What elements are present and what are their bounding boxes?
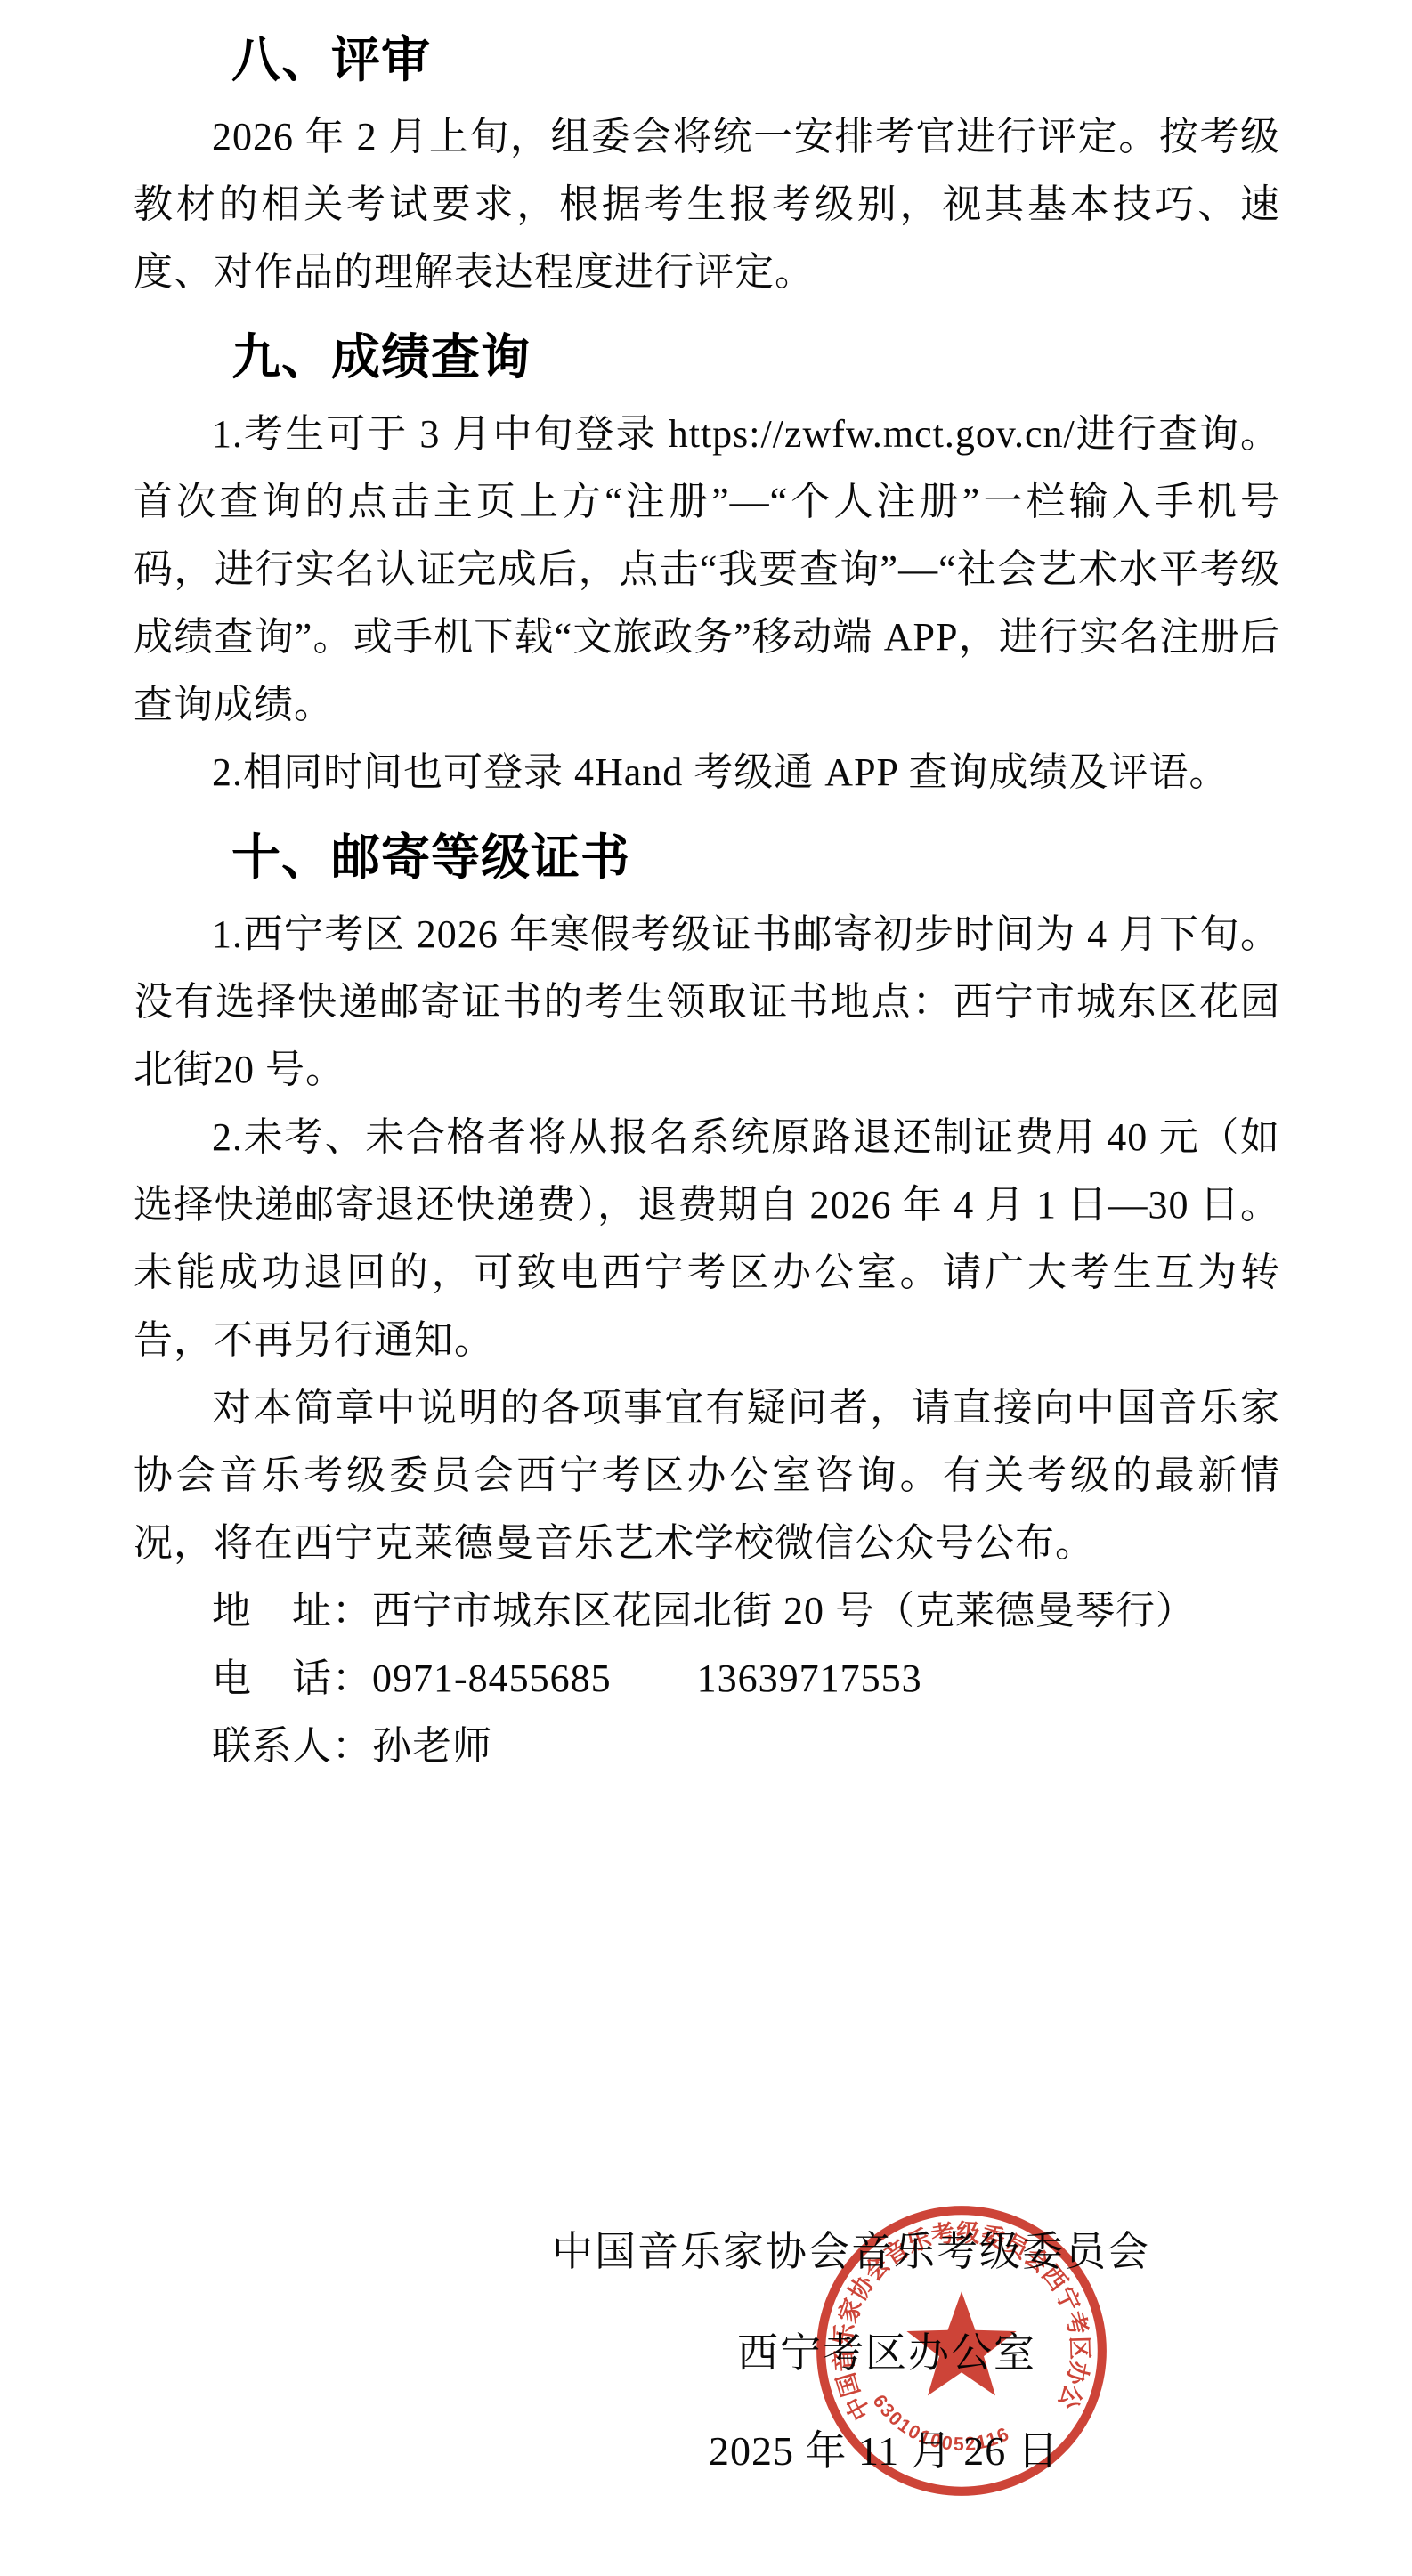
seal-serial-number: 6301010052116	[868, 2391, 1013, 2455]
address-line: 地 址：西宁市城东区花园北街 20 号（克莱德曼琴行）	[134, 1577, 1280, 1645]
seal-ring-label: 中国音乐家协会音乐考级委员会西宁考区办公室	[808, 2198, 1094, 2425]
star-icon	[906, 2291, 1016, 2395]
section-heading-review: 八、评审	[134, 28, 1280, 91]
address-value: 西宁市城东区花园北街 20 号（克莱德曼琴行）	[372, 1589, 1196, 1632]
paragraph-certificate-1: 1.西宁考区 2026 年寒假考级证书邮寄初步时间为 4 月下旬。没有选择快递邮…	[134, 901, 1280, 1104]
paragraph-certificate-2: 2.未考、未合格者将从报名系统原路退还制证费用 40 元（如选择快递邮寄退还快递…	[134, 1104, 1280, 1374]
address-label: 地 址：	[212, 1589, 372, 1632]
phone-label: 电 话：	[212, 1657, 372, 1700]
paragraph-score-inquiry-2: 2.相同时间也可登录 4Hand 考级通 APP 查询成绩及评语。	[134, 739, 1280, 806]
document-body: 八、评审 2026 年 2 月上旬，组委会将统一安排考官进行评定。按考级教材的相…	[0, 0, 1412, 1780]
document-page: 八、评审 2026 年 2 月上旬，组委会将统一安排考官进行评定。按考级教材的相…	[0, 0, 1412, 2576]
section-heading-certificate-mailing: 十、邮寄等级证书	[134, 826, 1280, 888]
contact-person-label: 联系人：	[212, 1724, 372, 1768]
section-heading-score-inquiry: 九、成绩查询	[134, 326, 1280, 388]
contact-person-line: 联系人：孙老师	[134, 1713, 1280, 1780]
signature-block: 中国音乐家协会音乐考级委员会 西宁考区办公室 2025 年 11 月 26 日 …	[0, 2185, 1412, 2568]
contact-person-value: 孙老师	[372, 1724, 492, 1768]
phone-number-2: 13639717553	[697, 1657, 922, 1700]
official-seal: 中国音乐家协会音乐考级委员会西宁考区办公室 6301010052116	[808, 2198, 1115, 2504]
paragraph-score-inquiry-1: 1.考生可于 3 月中旬登录 https://zwfw.mct.gov.cn/进…	[134, 401, 1280, 739]
paragraph-review: 2026 年 2 月上旬，组委会将统一安排考官进行评定。按考级教材的相关考试要求…	[134, 103, 1280, 306]
phone-number-1: 0971-8455685	[372, 1657, 612, 1700]
paragraph-closing-note: 对本简章中说明的各项事宜有疑问者，请直接向中国音乐家协会音乐考级委员会西宁考区办…	[134, 1374, 1280, 1577]
phone-line: 电 话：0971-845568513639717553	[134, 1645, 1280, 1713]
